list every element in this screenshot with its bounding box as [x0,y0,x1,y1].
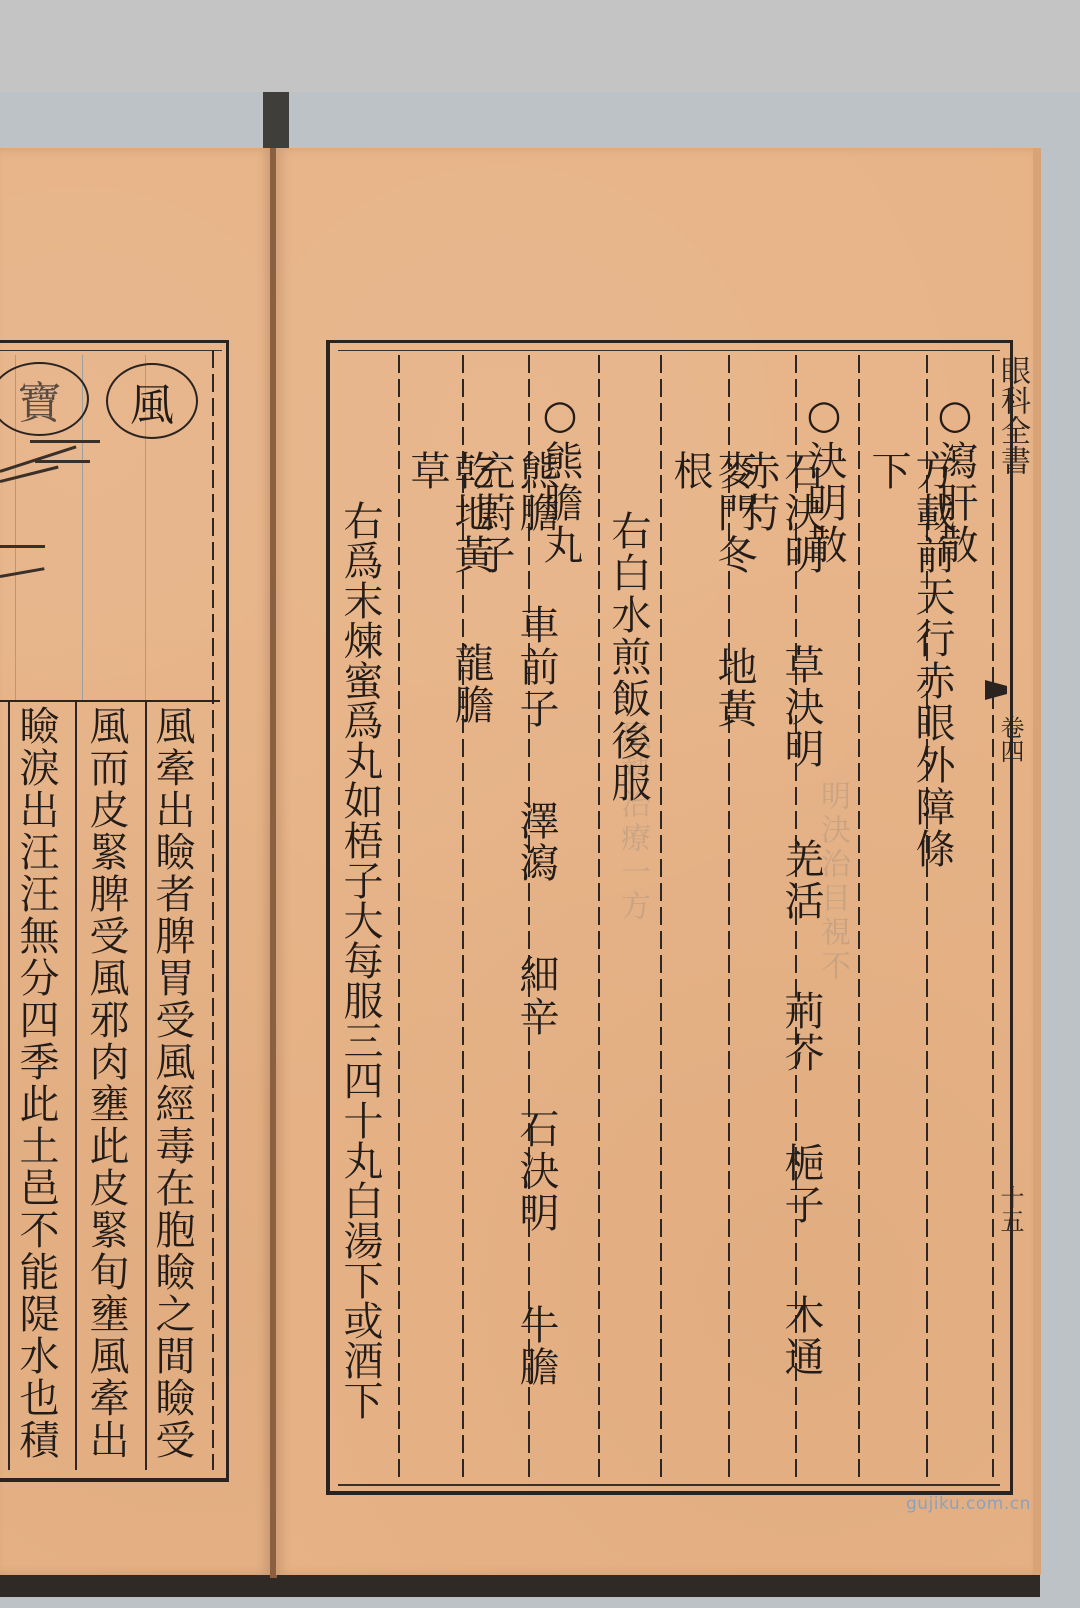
margin-book-title: 眼科全書 [995,355,1029,515]
column-rule [858,355,860,1483]
left-text-column: 瞼淚出汪汪無分四季此土邑不能隄水也積 [14,705,58,1465]
bookmark-ribbon [263,92,289,150]
column-rule [8,700,10,1470]
illustration-separator [0,700,220,702]
left-frame-rule [212,350,214,1470]
left-text-column: 風牽出瞼者脾胃受風經毒在胞瞼之間瞼受 [150,705,194,1465]
column-rule [75,700,77,1470]
wind-seal-icon: 風 [106,363,198,439]
column-rule [145,700,147,1470]
margin-section: 卷四 [993,715,1027,805]
left-text-column: 風而皮緊脾受風邪肉壅此皮緊旬壅風牽出 [84,705,128,1465]
column-rule [398,355,400,1483]
seal-char: 風 [130,369,174,433]
illustration-stroke [30,440,100,443]
column-rule [660,355,662,1483]
illustration-stroke [35,460,90,463]
dosage-note: 右白水煎飯後服 [606,510,650,810]
seal-char: 寶 [18,367,62,431]
ingredient-list: 麥門冬 地黃根 [668,450,756,750]
margin-rule [992,355,994,1483]
dosage-note: 右爲末煉蜜爲丸如梧子大每服三四十丸白湯下或酒下 [338,500,382,1480]
column-rule [598,355,600,1483]
ingredient-list: 乾地黃 龍膽草 [405,450,493,750]
illustration-stroke [0,545,45,548]
book-edge-shadow [0,1575,1040,1597]
formula-note: 方載前天行赤眼外障條下 [866,450,954,870]
bleed-through-text: 風熱治療一方 [610,720,654,1370]
watermark: gujiku.com.cn [906,1494,1031,1514]
page-number: 十五 [993,1185,1027,1265]
